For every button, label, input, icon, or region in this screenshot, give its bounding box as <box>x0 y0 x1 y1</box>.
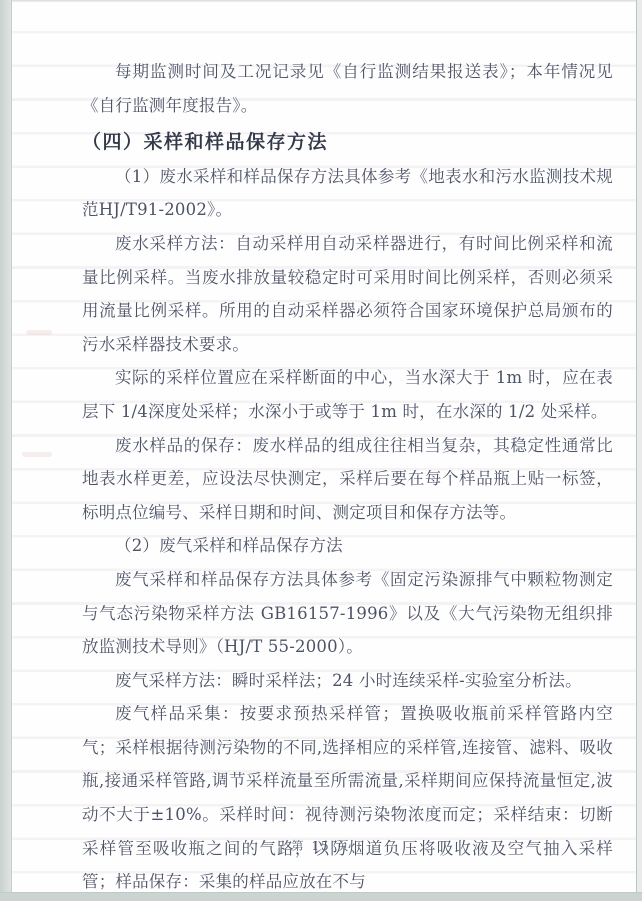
page-number-label: 第 15 页 <box>292 839 351 853</box>
scan-edge-top <box>0 0 642 2</box>
paragraph-waste-gas-sample-collection: 废气样品采集：按要求预热采样管；置换吸收瓶前采样管路内空气；采样根据待测污染物的… <box>82 697 613 899</box>
scan-edge-right <box>636 0 642 901</box>
scan-edge-bottom <box>0 892 642 901</box>
page-footer: 第 15 页 <box>0 837 642 854</box>
paragraph-waste-gas-reference: 废气采样和样品保存方法具体参考《固定污染源排气中颗粒物测定与气态污染物采样方法 … <box>82 563 613 664</box>
paragraph-wastewater-reference: （1）废水采样和样品保存方法具体参考《地表水和污水监测技术规范HJ/T91-20… <box>82 160 613 227</box>
scanned-document-page: 每期监测时间及工况记录见《自行监测结果报送表》；本年情况见《自行监测年度报告》。… <box>0 0 642 901</box>
scan-smudge <box>26 330 52 335</box>
section-heading-sampling-and-storage: （四）采样和样品保存方法 <box>82 126 613 160</box>
document-body: 每期监测时间及工况记录见《自行监测结果报送表》；本年情况见《自行监测年度报告》。… <box>82 55 613 899</box>
paragraph-wastewater-sample-storage: 废水样品的保存：废水样品的组成往往相当复杂，其稳定性通常比地表水样更差，应设法尽… <box>82 429 613 530</box>
subheading-waste-gas-sampling: （2）废气采样和样品保存方法 <box>82 529 613 563</box>
paragraph-sampling-position: 实际的采样位置应在采样断面的中心，当水深大于 1m 时，应在表层下 1/4深度处… <box>82 361 613 428</box>
paragraph-wastewater-sampling-method: 废水采样方法：自动采样用自动采样器进行，有时间比例采样和流量比例采样。当废水排放… <box>82 227 613 361</box>
scan-smudge <box>22 452 52 457</box>
scan-edge-left <box>0 0 12 901</box>
paragraph-waste-gas-sampling-method: 废气采样方法：瞬时采样法；24 小时连续采样-实验室分析法。 <box>82 664 613 698</box>
paragraph-monitoring-records: 每期监测时间及工况记录见《自行监测结果报送表》；本年情况见《自行监测年度报告》。 <box>82 55 613 122</box>
